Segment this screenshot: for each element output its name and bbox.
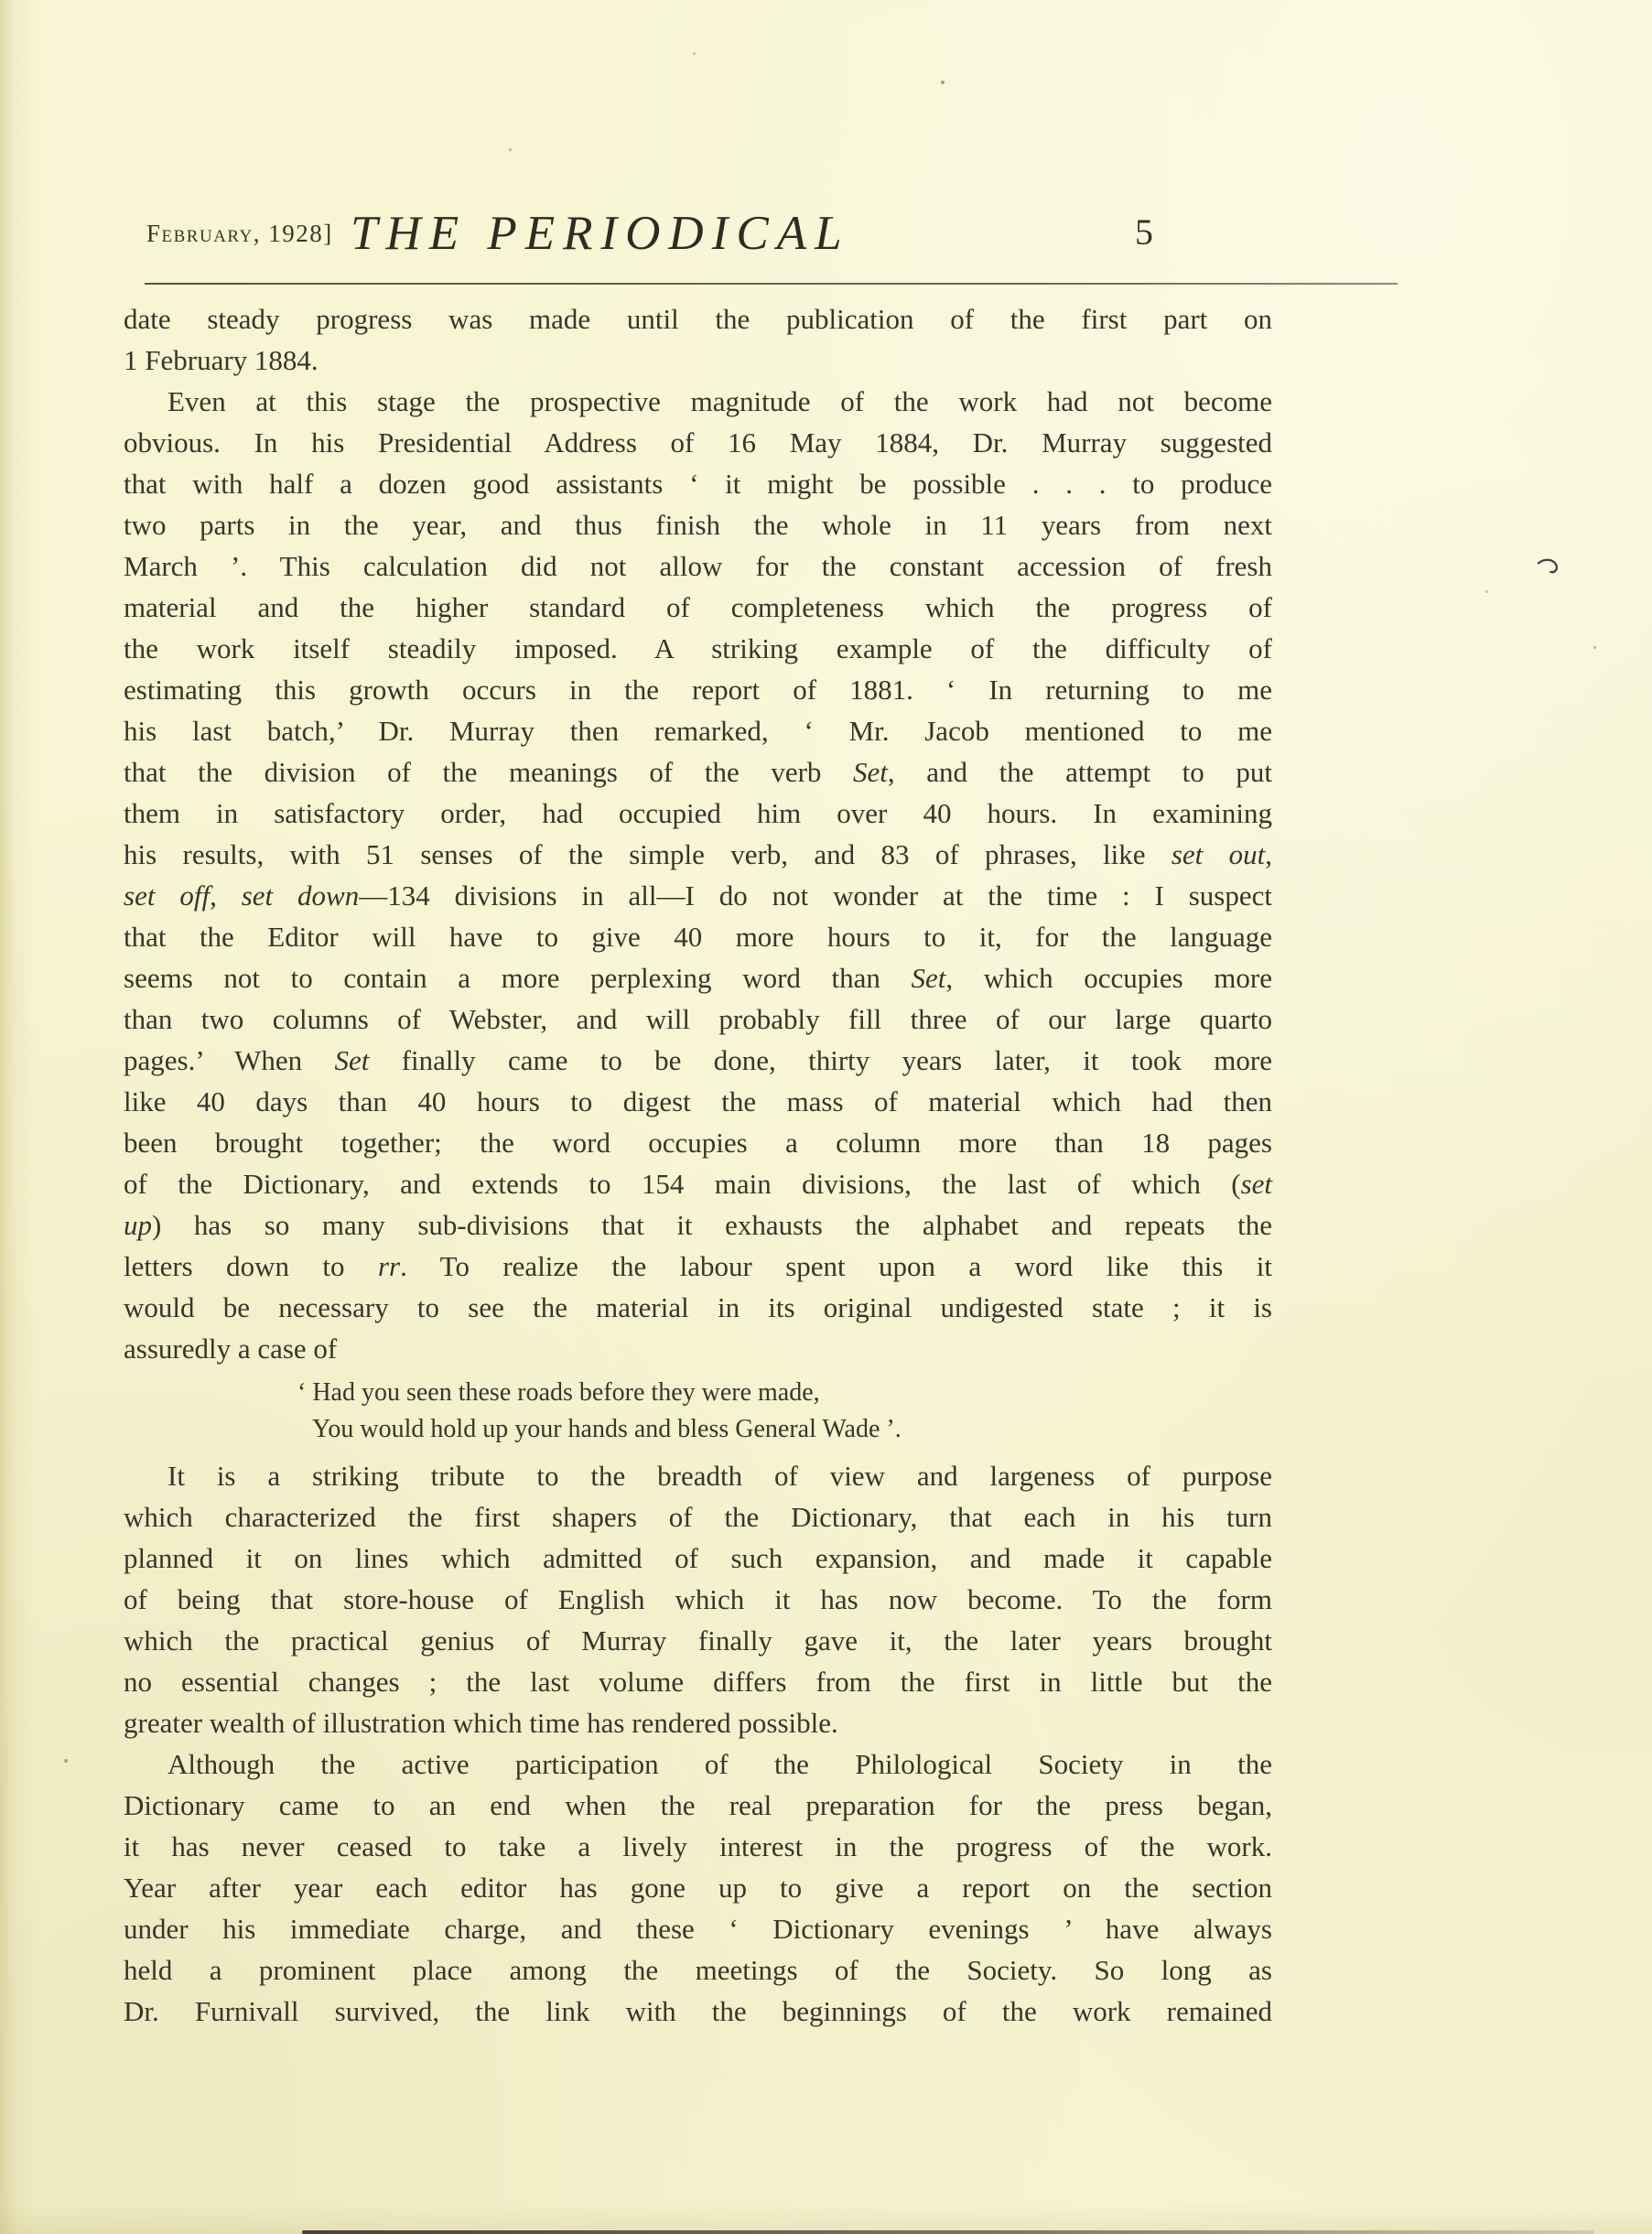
text-line: March ’. This calculation did not allow …	[124, 545, 1272, 587]
text-line: no essential changes ; the last volume d…	[124, 1661, 1272, 1702]
text-line: letters down to rr. To realize the labou…	[124, 1246, 1272, 1287]
text-line: material and the higher standard of comp…	[124, 587, 1272, 628]
text-line: his last batch,’ Dr. Murray then remarke…	[124, 710, 1272, 751]
paper-speck	[1485, 590, 1488, 593]
text-line: Year after year each editor has gone up …	[124, 1867, 1272, 1908]
text-line: planned it on lines which admitted of su…	[124, 1538, 1272, 1579]
text-line: It is a striking tribute to the breadth …	[124, 1455, 1272, 1496]
paper-speck	[64, 1759, 68, 1763]
verse-line: ‘ Had you seen these roads before they w…	[297, 1375, 1272, 1411]
page-title: THE PERIODICAL	[351, 206, 850, 261]
text-line: up) has so many sub-divisions that it ex…	[124, 1204, 1272, 1246]
text-line: estimating this growth occurs in the rep…	[124, 669, 1272, 710]
text-line: it has never ceased to take a lively int…	[124, 1826, 1272, 1867]
text-line: would be necessary to see the material i…	[124, 1287, 1272, 1328]
text-line: like 40 days than 40 hours to digest the…	[124, 1081, 1272, 1122]
paper-speck	[693, 52, 696, 55]
text-line: of the Dictionary, and extends to 154 ma…	[124, 1163, 1272, 1204]
text-line: set off, set down—134 divisions in all—I…	[124, 875, 1272, 916]
header-rule	[145, 283, 1398, 285]
text-line: been brought together; the word occupies…	[124, 1122, 1272, 1163]
page-number: 5	[1135, 210, 1153, 254]
text-line: that the Editor will have to give 40 mor…	[124, 916, 1272, 957]
text-line: two parts in the year, and thus finish t…	[124, 504, 1272, 545]
verse-line: You would hold up your hands and bless G…	[312, 1411, 1272, 1448]
text-line: greater wealth of illustration which tim…	[124, 1702, 1272, 1743]
text-line: his results, with 51 senses of the simpl…	[124, 834, 1272, 875]
text-line: them in satisfactory order, had occupied…	[124, 793, 1272, 834]
paper-speck	[1593, 646, 1596, 649]
scan-edge-shadow	[302, 2230, 1594, 2234]
paper-speck	[941, 81, 945, 84]
text-line: obvious. In his Presidential Address of …	[124, 422, 1272, 463]
issue-date: February, 1928]	[146, 220, 333, 248]
text-line: of being that store-house of English whi…	[124, 1579, 1272, 1620]
text-line: Even at this stage the prospective magni…	[124, 381, 1272, 422]
text-line: Although the active participation of the…	[124, 1743, 1272, 1785]
text-line: that with half a dozen good assistants ‘…	[124, 463, 1272, 504]
text-line: assuredly a case of	[124, 1328, 1272, 1369]
text-line: held a prominent place among the meeting…	[124, 1949, 1272, 1991]
pen-mark-icon	[1534, 555, 1563, 585]
text-line: date steady progress was made until the …	[124, 298, 1272, 340]
body-text: date steady progress was made until the …	[124, 298, 1272, 2032]
scanned-page: February, 1928] THE PERIODICAL 5 date st…	[0, 0, 1652, 2234]
text-line: seems not to contain a more perplexing w…	[124, 957, 1272, 998]
text-line: 1 February 1884.	[124, 340, 1272, 381]
text-line: Dr. Furnivall survived, the link with th…	[124, 1991, 1272, 2032]
text-line: the work itself steadily imposed. A stri…	[124, 628, 1272, 669]
paper-speck	[509, 148, 512, 151]
text-line: Dictionary came to an end when the real …	[124, 1785, 1272, 1826]
text-line: which the practical genius of Murray fin…	[124, 1620, 1272, 1661]
text-line: that the division of the meanings of the…	[124, 751, 1272, 793]
text-line: under his immediate charge, and these ‘ …	[124, 1908, 1272, 1949]
text-line: than two columns of Webster, and will pr…	[124, 998, 1272, 1040]
text-line: which characterized the first shapers of…	[124, 1496, 1272, 1538]
text-line: pages.’ When Set finally came to be done…	[124, 1040, 1272, 1081]
